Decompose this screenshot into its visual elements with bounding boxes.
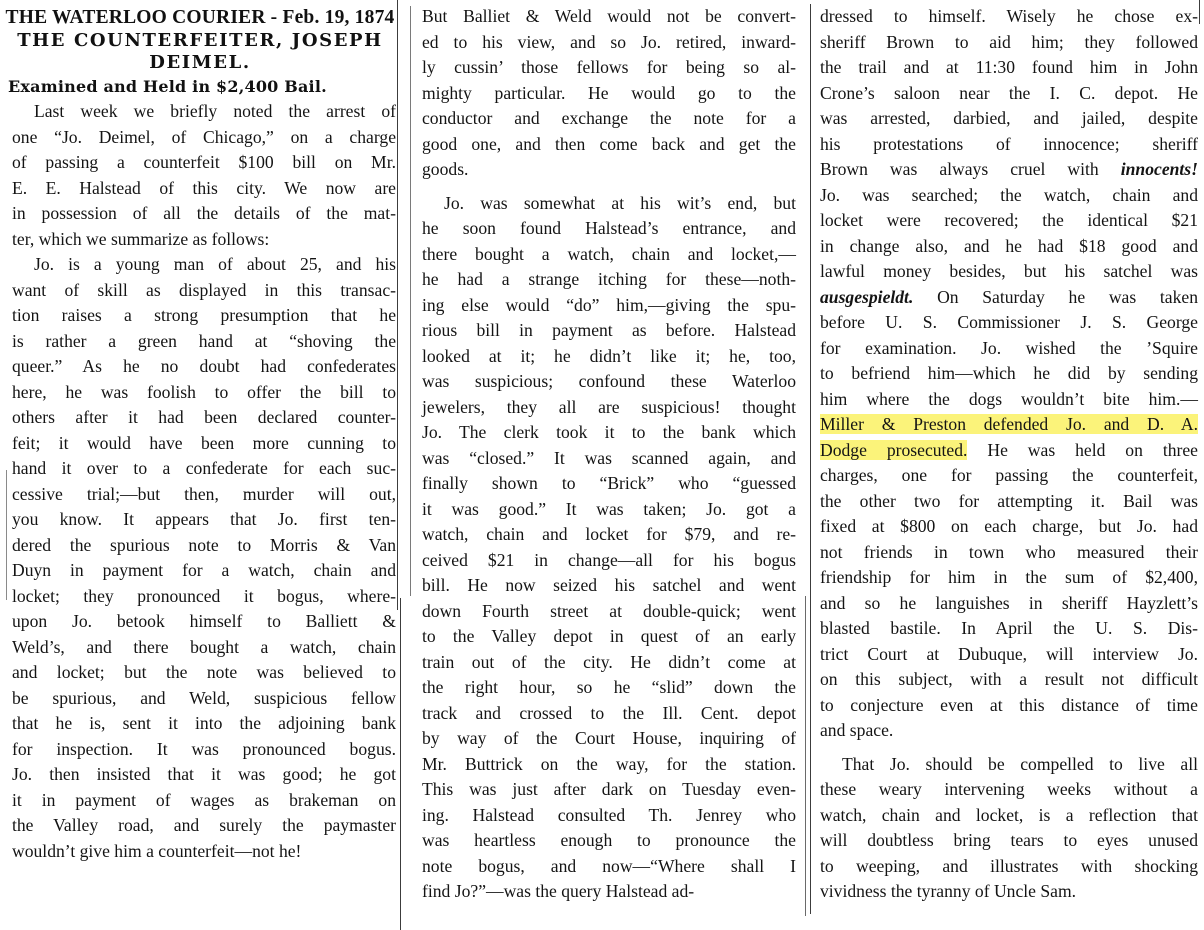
highlighted-text: Miller & Preston defended Jo. and D. A.: [820, 414, 1198, 434]
text-line: Last week we briefly noted the arrest of: [12, 99, 396, 125]
text-line: ter, which we summarize as follows:: [12, 227, 396, 253]
text-line: here, he was foolish to offer the bill t…: [12, 380, 396, 406]
text-line: upon Jo. betook himself to Balliett &: [12, 609, 396, 635]
text-line: Miller & Preston defended Jo. and D. A.: [820, 412, 1198, 438]
text-line: by way of the Court House, inquiring of: [422, 726, 796, 752]
text-line: ausgespieldt. On Saturday he was taken: [820, 285, 1198, 311]
article-paragraph: That Jo. should be compelled to live all…: [816, 752, 1198, 905]
text-line: jewelers, they all are suspicious! thoug…: [422, 395, 796, 421]
paragraph-gap: [418, 183, 796, 191]
text-line: down Fourth street at double-quick; went: [422, 599, 796, 625]
text-line: Jo. was searched; the watch, chain and: [820, 183, 1198, 209]
article-paragraph: Jo. is a young man of about 25, and hisw…: [4, 252, 396, 864]
text-line: good one, and then come back and get the: [422, 132, 796, 158]
text-line: ing else would “do” him,—giving the spu-: [422, 293, 796, 319]
text-line: will doubtless bring tears to eyes unuse…: [820, 828, 1198, 854]
italic-text: innocents!: [1121, 159, 1198, 179]
text-line: This was just after dark on Tuesday even…: [422, 777, 796, 803]
headline-line-1: THE COUNTERFEITER, JOSEPH: [17, 30, 383, 51]
text-line: vividness the tyranny of Uncle Sam.: [820, 879, 1198, 905]
text-line: watch, chain and locket, is a reflection…: [820, 803, 1198, 829]
text-line: the Valley road, and surely the paymaste…: [12, 813, 396, 839]
text-line: and locket; but the note was believed to: [12, 660, 396, 686]
text-line: be spurious, and Weld, suspicious fellow: [12, 686, 396, 712]
text-line: ing. Halstead consulted Th. Jenrey who: [422, 803, 796, 829]
text-line: there bought a watch, chain and locket,—: [422, 242, 796, 268]
text-line: looked at it; he didn’t like it; he, too…: [422, 344, 796, 370]
text-line: these weary intervening weeks without a: [820, 777, 1198, 803]
text-line: tion raises a strong presumption that he: [12, 303, 396, 329]
text-line: is rather a green hand at “shoving the: [12, 329, 396, 355]
article-paragraph: Last week we briefly noted the arrest of…: [4, 99, 396, 252]
text-line: queer.” As he no doubt had confederates: [12, 354, 396, 380]
text-line: E. E. Halstead of this city. We now are: [12, 176, 396, 202]
text-line: before U. S. Commissioner J. S. George: [820, 310, 1198, 336]
text-line: That Jo. should be compelled to live all: [820, 752, 1198, 778]
text-line: not friends in town who measured their: [820, 540, 1198, 566]
text-line: finally shown to “Brick” who “guessed: [422, 471, 796, 497]
text-line: trict Court at Dubuque, will interview J…: [820, 642, 1198, 668]
text-line: Mr. Buttrick on the way, for the station…: [422, 752, 796, 778]
article-headline: THE COUNTERFEITER, JOSEPH DEIMEL.: [4, 30, 396, 74]
text-line: to conjecture even at this distance of t…: [820, 693, 1198, 719]
text-line: bill. He now seized his satchel and went: [422, 573, 796, 599]
text-line: was heartless enough to pronounce the: [422, 828, 796, 854]
text-line: ed to his view, and so Jo. retired, inwa…: [422, 30, 796, 56]
text-line: Dodge prosecuted. He was held on three: [820, 438, 1198, 464]
text-line: Jo. then insisted that it was good; he g…: [12, 762, 396, 788]
text-line: cessive trial;—but then, murder will out…: [12, 482, 396, 508]
text-line: Jo. was somewhat at his wit’s end, but: [422, 191, 796, 217]
issue-date: Feb. 19, 1874: [282, 7, 394, 28]
text-line: Brown was always cruel with innocents!: [820, 157, 1198, 183]
text-line: in change also, and he had $18 good and: [820, 234, 1198, 260]
text-line: want of skill as displayed in this trans…: [12, 278, 396, 304]
column-3: dressed to himself. Wisely he chose ex-s…: [804, 0, 1204, 905]
text-line: to the Valley depot in quest of an early: [422, 624, 796, 650]
text-line: fixed at $800 on each charge, but Jo. ha…: [820, 514, 1198, 540]
text-line: others after it had been declared counte…: [12, 405, 396, 431]
text-line: of passing a counterfeit $100 bill on Mr…: [12, 150, 396, 176]
text-line: his protestations of innocence; sheriff: [820, 132, 1198, 158]
text-line: locket; they pronounced it bogus, where-: [12, 584, 396, 610]
text-line: dered the spurious note to Morris & Van: [12, 533, 396, 559]
article-paragraph: But Balliet & Weld would not be convert-…: [418, 4, 796, 183]
text-line: sheriff Brown to aid him; they followed: [820, 30, 1198, 56]
text-line: one “Jo. Deimel, of Chicago,” on a charg…: [12, 125, 396, 151]
headline-line-2: DEIMEL.: [149, 52, 251, 73]
text-line: lawful money besides, but his satchel wa…: [820, 259, 1198, 285]
text-line: Jo. The clerk took it to the bank which: [422, 420, 796, 446]
text-line: mighty particular. He would go to the: [422, 81, 796, 107]
text-line: hand it over to a confederate for each s…: [12, 456, 396, 482]
text-line: blasted bastile. In April the U. S. Dis-: [820, 616, 1198, 642]
text-line: that he is, sent it into the adjoining b…: [12, 711, 396, 737]
text-line: was suspicious; confound these Waterloo: [422, 369, 796, 395]
text-line: train out of the city. He didn’t come at: [422, 650, 796, 676]
column-rule: [400, 598, 401, 930]
article-subhead: Examined and Held in $2,400 Bail.: [8, 75, 396, 99]
text-line: the trail and at 11:30 found him in John: [820, 55, 1198, 81]
column-2: But Balliet & Weld would not be convert-…: [402, 0, 802, 905]
text-line: for examination. Jo. wished the ’Squire: [820, 336, 1198, 362]
text-line: you know. It appears that Jo. first ten-: [12, 507, 396, 533]
text-line: and space.: [820, 718, 1198, 744]
text-line: the right hour, so he “slid” down the: [422, 675, 796, 701]
italic-text: ausgespieldt.: [820, 287, 913, 307]
text-line: ly cussin’ those fellows for being so al…: [422, 55, 796, 81]
text-line: But Balliet & Weld would not be convert-: [422, 4, 796, 30]
newspaper-clipping: THE WATERLOO COURIER - Feb. 19, 1874 THE…: [0, 0, 1204, 930]
text-line: dressed to himself. Wisely he chose ex-: [820, 4, 1198, 30]
text-line: was “closed.” It was scanned again, and: [422, 446, 796, 472]
text-line: Weld’s, and there bought a watch, chain: [12, 635, 396, 661]
text-line: it in payment of wages as brakeman on: [12, 788, 396, 814]
text-line: conductor and exchange the note for a: [422, 106, 796, 132]
text-line: feit; it would have been more cunning to: [12, 431, 396, 457]
text-line: locket were recovered; the identical $21: [820, 208, 1198, 234]
text-line: friendship for him in the sum of $2,400,: [820, 565, 1198, 591]
highlighted-text: Dodge prosecuted.: [820, 440, 967, 460]
text-line: charges, one for passing the counterfeit…: [820, 463, 1198, 489]
text-line: in possession of all the details of the …: [12, 201, 396, 227]
text-line: ceived $21 in change—all for his bogus: [422, 548, 796, 574]
column-1-body: Last week we briefly noted the arrest of…: [4, 99, 396, 864]
column-3-body: dressed to himself. Wisely he chose ex-s…: [816, 4, 1198, 905]
masthead-separator: -: [266, 7, 283, 28]
paper-name: THE WATERLOO COURIER: [6, 7, 266, 28]
text-line: find Jo?”—was the query Halstead ad-: [422, 879, 796, 905]
column-2-body: But Balliet & Weld would not be convert-…: [418, 4, 796, 905]
text-line: the other two for attempting it. Bail wa…: [820, 489, 1198, 515]
text-line: note bogus, and now—“Where shall I: [422, 854, 796, 880]
text-line: to weeping, and illustrates with shockin…: [820, 854, 1198, 880]
text-line: Crone’s saloon near the I. C. depot. He: [820, 81, 1198, 107]
text-line: goods.: [422, 157, 796, 183]
text-line: he had a strange itching for these—noth-: [422, 267, 796, 293]
text-line: watch, chain and locket for $79, and re-: [422, 522, 796, 548]
text-line: and so he languishes in sheriff Hayzlett…: [820, 591, 1198, 617]
text-line: rious bill in payment as before. Halstea…: [422, 318, 796, 344]
text-line: track and crossed to the Ill. Cent. depo…: [422, 701, 796, 727]
article-paragraph: dressed to himself. Wisely he chose ex-s…: [816, 4, 1198, 744]
paragraph-gap: [816, 744, 1198, 752]
text-line: to befriend him—which he did by sending: [820, 361, 1198, 387]
column-1: THE WATERLOO COURIER - Feb. 19, 1874 THE…: [0, 0, 400, 864]
text-line: it was good.” It was taken; Jo. got a: [422, 497, 796, 523]
text-line: for inspection. It was pronounced bogus.: [12, 737, 396, 763]
text-line: Duyn in payment for a watch, chain and: [12, 558, 396, 584]
masthead: THE WATERLOO COURIER - Feb. 19, 1874: [4, 6, 396, 30]
text-line: wouldn’t give him a counterfeit—not he!: [12, 839, 396, 865]
text-line: was arrested, darbied, and jailed, despi…: [820, 106, 1198, 132]
text-line: him where the dogs wouldn’t bite him.—: [820, 387, 1198, 413]
text-line: Jo. is a young man of about 25, and his: [12, 252, 396, 278]
text-line: he soon found Halstead’s entrance, and: [422, 216, 796, 242]
text-line: on this subject, with a result not diffi…: [820, 667, 1198, 693]
article-paragraph: Jo. was somewhat at his wit’s end, buthe…: [418, 191, 796, 905]
